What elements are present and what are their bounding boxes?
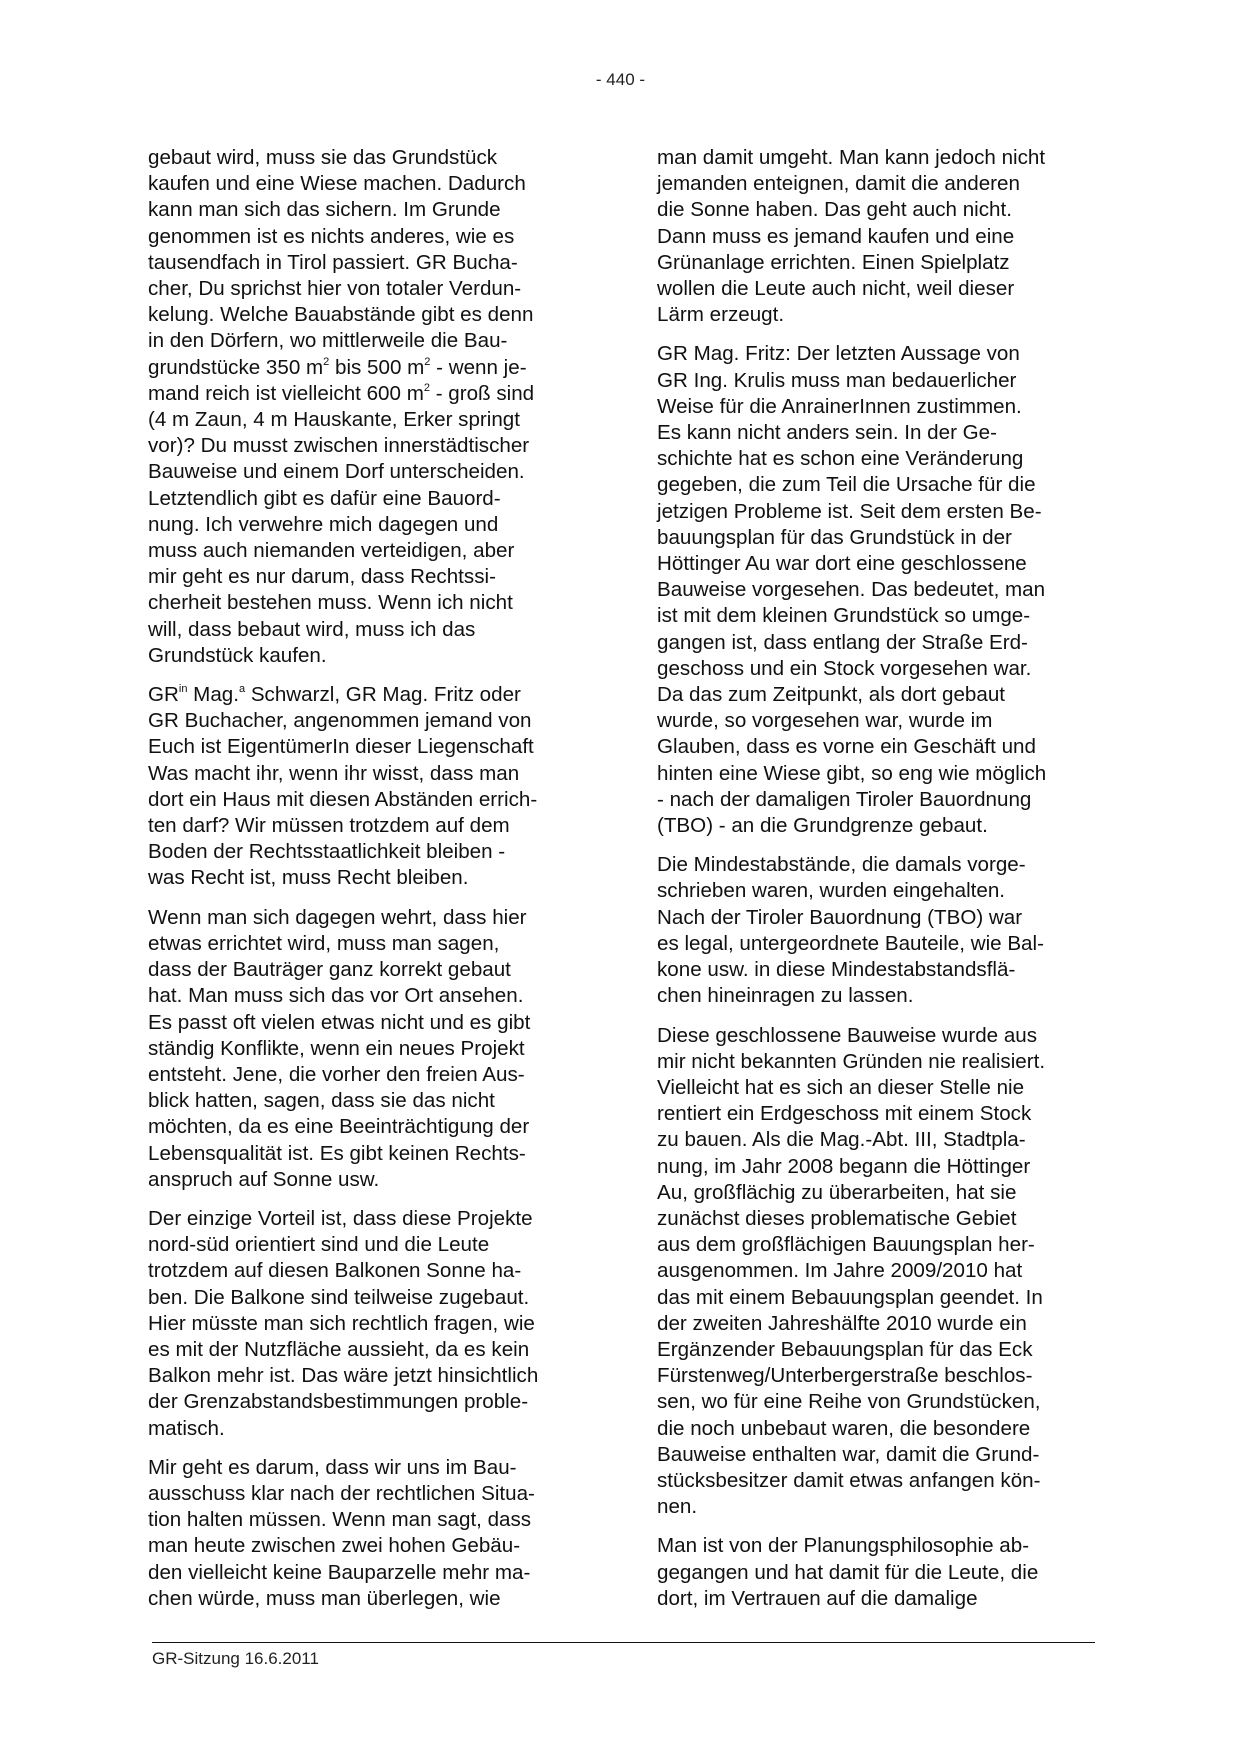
text-line: nung. Ich verwehre mich dagegen und xyxy=(148,512,588,538)
text-line: man damit umgeht. Man kann jedoch nicht xyxy=(657,145,1097,171)
text-line: der zweiten Jahreshälfte 2010 wurde ein xyxy=(657,1311,1097,1337)
text-line: gegangen und hat damit für die Leute, di… xyxy=(657,1560,1097,1586)
text-line: die Sonne haben. Das geht auch nicht. xyxy=(657,197,1097,223)
text-line: gegeben, die zum Teil die Ursache für di… xyxy=(657,472,1097,498)
text-line: zunächst dieses problematische Gebiet xyxy=(657,1206,1097,1232)
text-line: genommen ist es nichts anderes, wie es xyxy=(148,224,588,250)
text-line: dort ein Haus mit diesen Abständen erric… xyxy=(148,787,588,813)
paragraph: Diese geschlossene Bauweise wurde ausmir… xyxy=(657,1023,1097,1521)
text-line: chen würde, muss man überlegen, wie xyxy=(148,1586,588,1612)
text-line: sen, wo für eine Reihe von Grundstücken, xyxy=(657,1389,1097,1415)
superscript: a xyxy=(239,683,245,695)
text-line: Ergänzender Bebauungsplan für das Eck xyxy=(657,1337,1097,1363)
paragraph: GRin Mag.a Schwarzl, GR Mag. Fritz oderG… xyxy=(148,682,588,892)
text-line: chen hineinragen zu lassen. xyxy=(657,983,1097,1009)
text-line: entsteht. Jene, die vorher den freien Au… xyxy=(148,1062,588,1088)
text-line: mand reich ist vielleicht 600 m2 - groß … xyxy=(148,381,588,407)
text-line: hinten eine Wiese gibt, so eng wie mögli… xyxy=(657,761,1097,787)
text-line: das mit einem Bebauungsplan geendet. In xyxy=(657,1285,1097,1311)
text-line: Diese geschlossene Bauweise wurde aus xyxy=(657,1023,1097,1049)
text-line: der Grenzabstandsbestimmungen proble- xyxy=(148,1389,588,1415)
text-line: Boden der Rechtsstaatlichkeit bleiben - xyxy=(148,839,588,865)
text-line: Mir geht es darum, dass wir uns im Bau- xyxy=(148,1455,588,1481)
page-number: - 440 - xyxy=(0,70,1241,90)
paragraph: GR Mag. Fritz: Der letzten Aussage vonGR… xyxy=(657,341,1097,839)
text-line: grundstücke 350 m2 bis 500 m2 - wenn je- xyxy=(148,355,588,381)
text-line: anspruch auf Sonne usw. xyxy=(148,1167,588,1193)
text-line: trotzdem auf diesen Balkonen Sonne ha- xyxy=(148,1258,588,1284)
text-line: - nach der damaligen Tiroler Bauordnung xyxy=(657,787,1097,813)
right-column: man damit umgeht. Man kann jedoch nichtj… xyxy=(657,145,1097,1625)
text-line: Hier müsste man sich rechtlich fragen, w… xyxy=(148,1311,588,1337)
text-line: tion halten müssen. Wenn man sagt, dass xyxy=(148,1507,588,1533)
text-line: nung, im Jahr 2008 begann die Höttinger xyxy=(657,1154,1097,1180)
text-line: Was macht ihr, wenn ihr wisst, dass man xyxy=(148,761,588,787)
text-line: wurde, so vorgesehen war, wurde im xyxy=(657,708,1097,734)
text-line: GRin Mag.a Schwarzl, GR Mag. Fritz oder xyxy=(148,682,588,708)
text-line: Balkon mehr ist. Das wäre jetzt hinsicht… xyxy=(148,1363,588,1389)
text-line: wollen die Leute auch nicht, weil dieser xyxy=(657,276,1097,302)
text-line: Da das zum Zeitpunkt, als dort gebaut xyxy=(657,682,1097,708)
paragraph: Mir geht es darum, dass wir uns im Bau-a… xyxy=(148,1455,588,1612)
text-line: Bauweise vorgesehen. Das bedeutet, man xyxy=(657,577,1097,603)
text-line: Grünanlage errichten. Einen Spielplatz xyxy=(657,250,1097,276)
paragraph: Der einzige Vorteil ist, dass diese Proj… xyxy=(148,1206,588,1442)
text-line: nord-süd orientiert sind und die Leute xyxy=(148,1232,588,1258)
text-line: Au, großflächig zu überarbeiten, hat sie xyxy=(657,1180,1097,1206)
text-line: Dann muss es jemand kaufen und eine xyxy=(657,224,1097,250)
text-line: was Recht ist, muss Recht bleiben. xyxy=(148,865,588,891)
text-line: möchten, da es eine Beeinträchtigung der xyxy=(148,1114,588,1140)
text-line: matisch. xyxy=(148,1416,588,1442)
text-line: ausschuss klar nach der rechtlichen Situ… xyxy=(148,1481,588,1507)
text-line: man heute zwischen zwei hohen Gebäu- xyxy=(148,1533,588,1559)
text-line: Weise für die AnrainerInnen zustimmen. xyxy=(657,394,1097,420)
text-line: Der einzige Vorteil ist, dass diese Proj… xyxy=(148,1206,588,1232)
text-line: ausgenommen. Im Jahre 2009/2010 hat xyxy=(657,1258,1097,1284)
text-line: hat. Man muss sich das vor Ort ansehen. xyxy=(148,983,588,1009)
text-line: bauungsplan für das Grundstück in der xyxy=(657,525,1097,551)
text-line: Lärm erzeugt. xyxy=(657,302,1097,328)
text-line: GR Ing. Krulis muss man bedauerlicher xyxy=(657,368,1097,394)
text-line: Wenn man sich dagegen wehrt, dass hier xyxy=(148,905,588,931)
text-line: die noch unbebaut waren, die besondere xyxy=(657,1416,1097,1442)
text-line: Bauweise und einem Dorf unterscheiden. xyxy=(148,459,588,485)
text-line: vor)? Du musst zwischen innerstädtischer xyxy=(148,433,588,459)
paragraph: gebaut wird, muss sie das Grundstückkauf… xyxy=(148,145,588,669)
text-line: stücksbesitzer damit etwas anfangen kön- xyxy=(657,1468,1097,1494)
superscript: in xyxy=(179,683,188,695)
text-line: Die Mindestabstände, die damals vorge- xyxy=(657,852,1097,878)
text-line: gebaut wird, muss sie das Grundstück xyxy=(148,145,588,171)
text-line: aus dem großflächigen Bauungsplan her- xyxy=(657,1232,1097,1258)
text-line: Grundstück kaufen. xyxy=(148,643,588,669)
paragraph: Wenn man sich dagegen wehrt, dass hieret… xyxy=(148,905,588,1193)
text-line: ist mit dem kleinen Grundstück so umge- xyxy=(657,603,1097,629)
text-line: will, dass bebaut wird, muss ich das xyxy=(148,617,588,643)
text-line: schichte hat es schon eine Veränderung xyxy=(657,446,1097,472)
text-line: (4 m Zaun, 4 m Hauskante, Erker springt xyxy=(148,407,588,433)
text-line: es legal, untergeordnete Bauteile, wie B… xyxy=(657,931,1097,957)
text-line: den vielleicht keine Bauparzelle mehr ma… xyxy=(148,1560,588,1586)
text-line: Glauben, dass es vorne ein Geschäft und xyxy=(657,734,1097,760)
text-line: Höttinger Au war dort eine geschlossene xyxy=(657,551,1097,577)
text-line: geschoss und ein Stock vorgesehen war. xyxy=(657,656,1097,682)
text-line: Es passt oft vielen etwas nicht und es g… xyxy=(148,1010,588,1036)
text-line: zu bauen. Als die Mag.-Abt. III, Stadtpl… xyxy=(657,1127,1097,1153)
text-line: dass der Bauträger ganz korrekt gebaut xyxy=(148,957,588,983)
paragraph: Man ist von der Planungsphilosophie ab-g… xyxy=(657,1533,1097,1612)
superscript: 2 xyxy=(323,356,329,368)
left-column: gebaut wird, muss sie das Grundstückkauf… xyxy=(148,145,588,1625)
text-line: Fürstenweg/Unterbergerstraße beschlos- xyxy=(657,1363,1097,1389)
text-line: ten darf? Wir müssen trotzdem auf dem xyxy=(148,813,588,839)
text-line: nen. xyxy=(657,1494,1097,1520)
text-line: jemanden enteignen, damit die anderen xyxy=(657,171,1097,197)
text-line: etwas errichtet wird, muss man sagen, xyxy=(148,931,588,957)
superscript: 2 xyxy=(424,382,430,394)
text-line: es mit der Nutzfläche aussieht, da es ke… xyxy=(148,1337,588,1363)
text-line: muss auch niemanden verteidigen, aber xyxy=(148,538,588,564)
text-line: GR Buchacher, angenommen jemand von xyxy=(148,708,588,734)
text-line: Lebensqualität ist. Es gibt keinen Recht… xyxy=(148,1141,588,1167)
text-line: kaufen und eine Wiese machen. Dadurch xyxy=(148,171,588,197)
text-line: jetzigen Probleme ist. Seit dem ersten B… xyxy=(657,499,1097,525)
text-line: GR Mag. Fritz: Der letzten Aussage von xyxy=(657,341,1097,367)
footer-divider xyxy=(152,1642,1095,1643)
text-line: Es kann nicht anders sein. In der Ge- xyxy=(657,420,1097,446)
superscript: 2 xyxy=(424,356,430,368)
text-line: (TBO) - an die Grundgrenze gebaut. xyxy=(657,813,1097,839)
footer-session-date: GR-Sitzung 16.6.2011 xyxy=(152,1649,319,1669)
text-line: Nach der Tiroler Bauordnung (TBO) war xyxy=(657,905,1097,931)
text-line: mir nicht bekannten Gründen nie realisie… xyxy=(657,1049,1097,1075)
text-line: Euch ist EigentümerIn dieser Liegenschaf… xyxy=(148,734,588,760)
text-line: ben. Die Balkone sind teilweise zugebaut… xyxy=(148,1285,588,1311)
text-line: rentiert ein Erdgeschoss mit einem Stock xyxy=(657,1101,1097,1127)
text-line: ständig Konflikte, wenn ein neues Projek… xyxy=(148,1036,588,1062)
text-line: Vielleicht hat es sich an dieser Stelle … xyxy=(657,1075,1097,1101)
text-line: in den Dörfern, wo mittlerweile die Bau- xyxy=(148,328,588,354)
text-line: dort, im Vertrauen auf die damalige xyxy=(657,1586,1097,1612)
text-line: Letztendlich gibt es dafür eine Bauord- xyxy=(148,486,588,512)
text-line: cherheit bestehen muss. Wenn ich nicht xyxy=(148,590,588,616)
text-line: Bauweise enthalten war, damit die Grund- xyxy=(657,1442,1097,1468)
text-line: Man ist von der Planungsphilosophie ab- xyxy=(657,1533,1097,1559)
text-line: mir geht es nur darum, dass Rechtssi- xyxy=(148,564,588,590)
paragraph: Die Mindestabstände, die damals vorge-sc… xyxy=(657,852,1097,1009)
text-line: blick hatten, sagen, dass sie das nicht xyxy=(148,1088,588,1114)
text-line: schrieben waren, wurden eingehalten. xyxy=(657,878,1097,904)
text-line: gangen ist, dass entlang der Straße Erd- xyxy=(657,630,1097,656)
text-line: cher, Du sprichst hier von totaler Verdu… xyxy=(148,276,588,302)
text-line: kann man sich das sichern. Im Grunde xyxy=(148,197,588,223)
text-line: kone usw. in diese Mindestabstandsflä- xyxy=(657,957,1097,983)
text-line: kelung. Welche Bauabstände gibt es denn xyxy=(148,302,588,328)
text-line: tausendfach in Tirol passiert. GR Bucha- xyxy=(148,250,588,276)
paragraph: man damit umgeht. Man kann jedoch nichtj… xyxy=(657,145,1097,328)
